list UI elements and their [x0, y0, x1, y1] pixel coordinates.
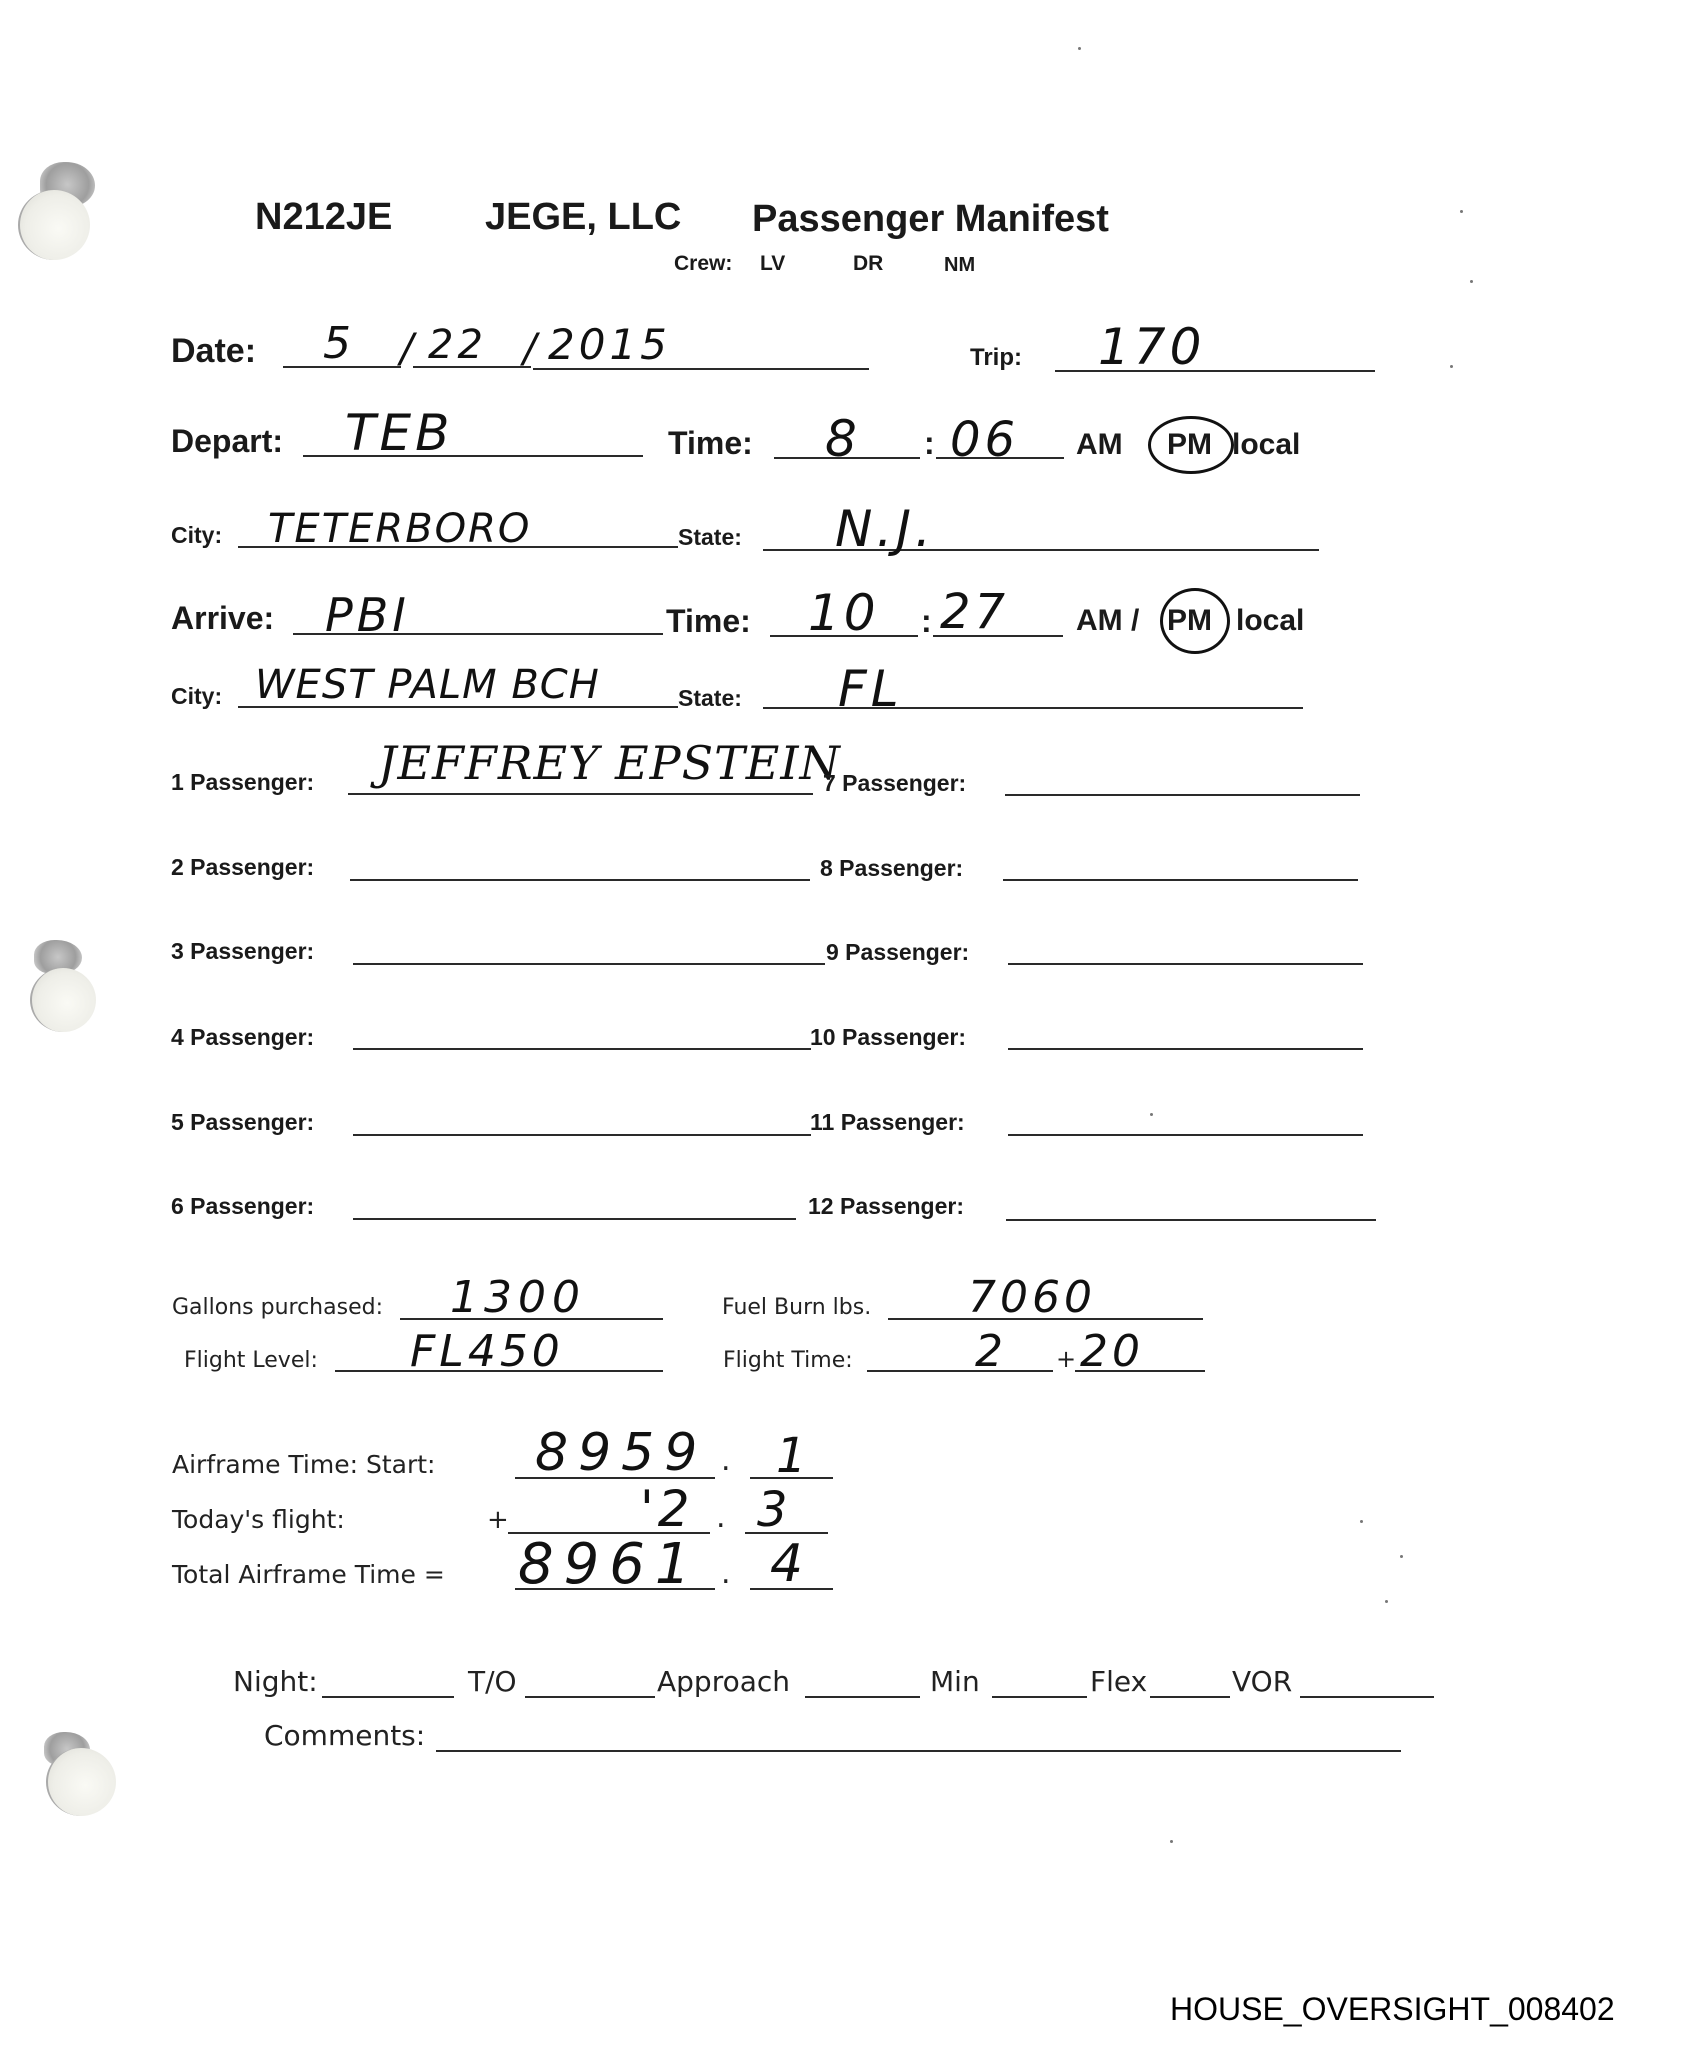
bates-stamp: HOUSE_OVERSIGHT_008402 — [1170, 1991, 1615, 2028]
approach-field[interactable] — [805, 1696, 920, 1698]
night-label: Night: — [233, 1665, 318, 1698]
flight-time-label: Flight Time: — [723, 1348, 853, 1373]
flex-field[interactable] — [1150, 1696, 1230, 1698]
arrive-hour-value: 10 — [808, 584, 880, 642]
todays-flight-whole-value: '2 — [640, 1480, 694, 1538]
passenger-12-field[interactable] — [1006, 1219, 1376, 1221]
document-title: Passenger Manifest — [752, 198, 1109, 241]
depart-label: Depart: — [171, 423, 283, 460]
total-airframe-whole-value: 8961 — [518, 1532, 701, 1597]
trip-label: Trip: — [970, 344, 1022, 372]
crew-member-1: LV — [760, 252, 785, 276]
total-airframe-tenths-value: 4 — [770, 1534, 807, 1594]
trip-value: 170 — [1098, 318, 1205, 376]
flight-time-hours-value: 2 — [975, 1326, 1007, 1377]
date-separator-1: / — [400, 326, 417, 372]
gallons-value: 1300 — [450, 1272, 586, 1323]
total-airframe-dot: . — [721, 1556, 731, 1591]
depart-pm-selected-circle — [1148, 416, 1234, 474]
arrive-pm-selected-circle — [1160, 588, 1230, 654]
depart-state-value: N.J. — [835, 500, 935, 558]
todays-flight-label: Today's flight: — [172, 1505, 345, 1534]
passenger-12-label: 12 Passenger: — [808, 1193, 964, 1220]
passenger-9-field[interactable] — [1008, 963, 1363, 965]
scan-speck — [1470, 280, 1473, 283]
passenger-1-label: 1 Passenger: — [171, 769, 314, 796]
flight-level-value: FL450 — [410, 1326, 564, 1377]
passenger-5-field[interactable] — [353, 1134, 811, 1136]
date-label: Date: — [171, 332, 256, 371]
passenger-2-label: 2 Passenger: — [171, 854, 314, 881]
airframe-start-whole-value: 8959 — [535, 1423, 707, 1483]
arrive-city-value: WEST PALM BCH — [255, 662, 600, 708]
crew-member-2: DR — [853, 252, 883, 276]
passenger-3-label: 3 Passenger: — [171, 938, 314, 965]
scan-speck — [1385, 1600, 1388, 1603]
comments-field[interactable] — [436, 1750, 1401, 1752]
hole-punch-middle — [30, 968, 96, 1032]
hole-punch-bottom — [46, 1748, 116, 1816]
passenger-4-label: 4 Passenger: — [171, 1024, 314, 1051]
depart-local-label: local — [1232, 428, 1300, 462]
passenger-10-field[interactable] — [1008, 1048, 1363, 1050]
date-separator-2: / — [523, 326, 540, 372]
scan-speck — [1400, 1555, 1403, 1558]
approach-label: Approach — [657, 1665, 790, 1698]
min-field[interactable] — [992, 1696, 1087, 1698]
arrive-city-label: City: — [171, 683, 222, 710]
depart-time-label: Time: — [668, 425, 753, 462]
takeoff-field[interactable] — [525, 1696, 655, 1698]
passenger-1-field[interactable] — [348, 793, 813, 795]
airframe-start-tenths-value: 1 — [776, 1428, 811, 1484]
company-name: JEGE, LLC — [485, 196, 681, 239]
scan-speck — [1170, 1840, 1173, 1843]
fuel-burn-value: 7060 — [968, 1272, 1096, 1323]
depart-hour-value: 8 — [825, 410, 861, 468]
passenger-5-label: 5 Passenger: — [171, 1109, 314, 1136]
passenger-11-field[interactable] — [1008, 1134, 1363, 1136]
arrive-state-value: FL — [838, 660, 903, 718]
depart-minute-value: 06 — [950, 412, 1019, 468]
comments-label: Comments: — [264, 1719, 425, 1752]
todays-flight-plus: + — [487, 1505, 509, 1535]
vor-label: VOR — [1232, 1665, 1292, 1698]
date-month-value: 5 — [323, 318, 355, 369]
hole-punch-top — [18, 190, 90, 260]
takeoff-label: T/O — [468, 1665, 517, 1698]
passenger-4-field[interactable] — [353, 1048, 811, 1050]
fuel-burn-label: Fuel Burn lbs. — [722, 1295, 871, 1320]
vor-field[interactable] — [1300, 1696, 1434, 1698]
arrive-minute-value: 27 — [940, 584, 1009, 640]
tail-number: N212JE — [255, 196, 392, 239]
crew-member-3: NM — [944, 254, 975, 277]
depart-city-label: City: — [171, 522, 222, 549]
scan-speck — [1460, 210, 1463, 213]
depart-airport-value: TEB — [345, 404, 453, 462]
airframe-start-dot: . — [721, 1443, 731, 1478]
passenger-1-value: JEFFREY EPSTEIN — [378, 736, 841, 790]
passenger-7-field[interactable] — [1005, 794, 1360, 796]
passenger-10-label: 10 Passenger: — [810, 1024, 966, 1051]
scan-speck — [1078, 47, 1081, 50]
flex-label: Flex — [1090, 1665, 1147, 1698]
airframe-start-label: Airframe Time: Start: — [172, 1450, 435, 1479]
arrive-local-label: local — [1236, 604, 1304, 638]
todays-flight-dot: . — [716, 1500, 726, 1535]
flight-time-hours-field[interactable] — [867, 1370, 1053, 1372]
passenger-3-field[interactable] — [353, 963, 825, 965]
flight-time-minutes-value: 20 — [1080, 1326, 1144, 1377]
passenger-8-label: 8 Passenger: — [820, 855, 963, 882]
passenger-6-label: 6 Passenger: — [171, 1193, 314, 1220]
depart-city-value: TETERBORO — [268, 506, 531, 552]
scan-speck — [1360, 1520, 1363, 1523]
passenger-7-label: 7 Passenger: — [823, 770, 966, 797]
depart-state-label: State: — [678, 524, 742, 551]
crew-label: Crew: — [674, 252, 732, 276]
flight-level-label: Flight Level: — [184, 1348, 318, 1373]
passenger-6-field[interactable] — [353, 1218, 796, 1220]
arrive-state-label: State: — [678, 685, 742, 712]
passenger-2-field[interactable] — [350, 879, 810, 881]
night-field[interactable] — [322, 1696, 454, 1698]
passenger-8-field[interactable] — [1003, 879, 1358, 881]
min-label: Min — [930, 1665, 980, 1698]
depart-time-colon: : — [924, 425, 935, 462]
total-airframe-label: Total Airframe Time = — [172, 1560, 445, 1589]
passenger-11-label: 11 Passenger: — [810, 1109, 965, 1136]
arrive-am-option[interactable]: AM / — [1076, 604, 1139, 638]
flight-time-separator: + — [1056, 1345, 1076, 1373]
scan-speck — [1150, 1113, 1153, 1116]
arrive-time-label: Time: — [666, 603, 751, 640]
todays-flight-tenths-value: 3 — [757, 1482, 792, 1538]
scan-speck — [1450, 365, 1453, 368]
date-year-value: 2015 — [548, 320, 671, 369]
gallons-label: Gallons purchased: — [172, 1295, 383, 1320]
passenger-9-label: 9 Passenger: — [826, 939, 969, 966]
arrive-time-colon: : — [921, 603, 932, 640]
arrive-label: Arrive: — [171, 600, 274, 637]
date-day-value: 22 — [428, 322, 487, 368]
depart-am-option[interactable]: AM — [1076, 428, 1123, 462]
arrive-airport-value: PBI — [325, 588, 410, 642]
